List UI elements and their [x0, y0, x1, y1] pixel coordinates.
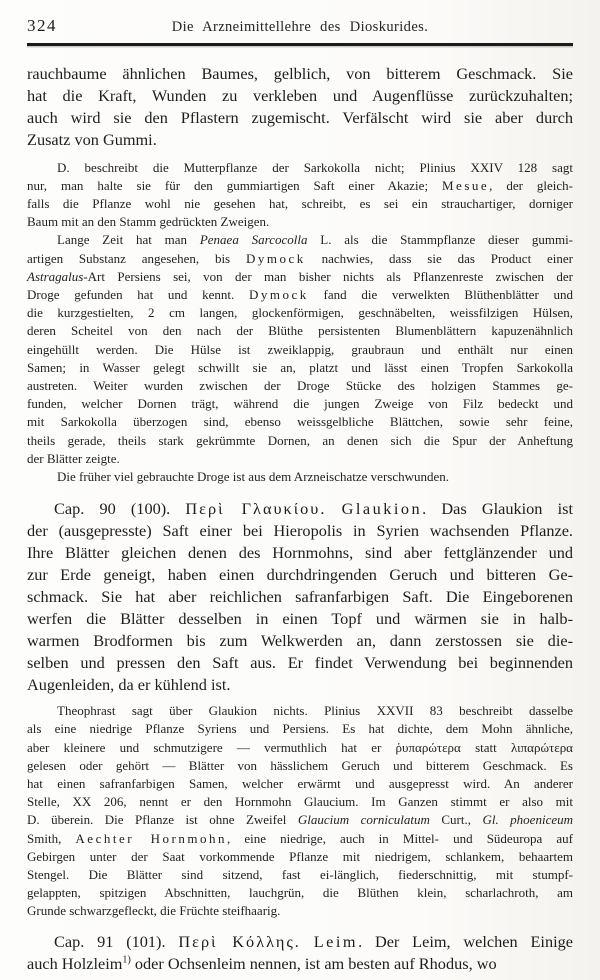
- text-line: als eine niedrige Pflanze Syriens und Pe…: [27, 720, 573, 738]
- text-segment: Curt.,: [430, 812, 483, 827]
- text-segment: nachwies, dass sie das Product einer: [306, 251, 573, 266]
- text-line: Cap. 91 (101). Περὶ Κόλλης. Leim. Der Le…: [27, 931, 573, 953]
- page-number: 324: [27, 16, 57, 36]
- text-segment: [326, 499, 341, 518]
- text-line: Samen; in Wasser gelegt schwillt sie an,…: [27, 359, 573, 377]
- text-segment: schmack. Sie hat aber reichlichen safran…: [27, 587, 573, 606]
- text-line: artigen Substanz angesehen, bis Dymock n…: [27, 250, 573, 268]
- text-line: Zusatz von Gummi.: [27, 129, 573, 151]
- text-segment: Zusatz von Gummi.: [27, 130, 157, 149]
- text-line: auch wird sie den Pflastern zugemischt. …: [27, 107, 573, 129]
- text-segment: fand die verwelkten Blüthenblätter und: [309, 287, 573, 302]
- text-segment: eingehüllt werden. Die Hülse ist zweikla…: [27, 342, 573, 357]
- text-line: deren Scheitel von den nach der Blüthe p…: [27, 322, 573, 340]
- header-rule: [27, 43, 573, 46]
- text-segment: austreten. Weiter wurden zwischen der Dr…: [27, 378, 573, 393]
- text-segment: mit Sarkokolla überzogen sind, ebenso we…: [27, 414, 573, 429]
- text-line: schmack. Sie hat aber reichlichen safran…: [27, 586, 573, 608]
- text-line: gelesen oder gehört — Blätter von hässli…: [27, 757, 573, 775]
- italic-text: Gl. phoeniceum: [482, 812, 573, 827]
- paragraph: Lange Zeit hat man Penaea Sarcocolla L. …: [27, 231, 573, 468]
- text-segment: gelesen oder gehört — Blätter von hässli…: [27, 758, 573, 773]
- text-segment: , eine niedrige, auch in Mittel- und Süd…: [227, 831, 573, 846]
- text-segment: hat die Kraft, Wunden zu verkleben und A…: [27, 86, 573, 105]
- text-segment: zur Erde geneigt, haben einen durchdring…: [27, 565, 573, 584]
- book-page: 324 Die Arzneimittellehre des Dioskuride…: [0, 0, 600, 980]
- text-line: die kurzgestielten, 2 cm langen, glocken…: [27, 304, 573, 322]
- spaced-text: Glaukion: [342, 499, 423, 518]
- text-line: eingehüllt werden. Die Hülse ist zweikla…: [27, 341, 573, 359]
- text-segment: . Der Leim, welchen Einige: [358, 932, 573, 951]
- text-segment: die kurzgestielten, 2 cm langen, glocken…: [27, 305, 573, 320]
- text-segment: als eine niedrige Pflanze Syriens und Pe…: [27, 721, 573, 736]
- paragraph: Die früher viel gebrauchte Droge ist aus…: [27, 468, 573, 486]
- text-segment: Smith,: [27, 831, 75, 846]
- text-line: hat einen safranfarbigen Samen, welcher …: [27, 775, 573, 793]
- text-line: auch Holzleim1) oder Ochsenleim nennen, …: [27, 953, 573, 975]
- greekspaced-text: Περὶ Γλαυκίου.: [185, 499, 326, 518]
- page-body: rauchbaume ähnlichen Baumes, gelblich, v…: [27, 63, 573, 975]
- text-line: funden, welcher Dornen trägt, während di…: [27, 395, 573, 413]
- text-line: Theophrast sagt über Glaukion nichts. Pl…: [27, 702, 573, 720]
- text-segment: werfen die Blätter desselben in einen To…: [27, 609, 573, 628]
- text-segment: falls die Pflanze wohl nie gesehen hat, …: [27, 196, 573, 211]
- text-line: gelappten, spitzigen Abschnitten, lauchg…: [27, 884, 573, 902]
- text-segment: auch wird sie den Pflastern zugemischt. …: [27, 108, 573, 127]
- text-segment: Stengel. Die Blätter sind sitzend, fast …: [27, 867, 573, 882]
- text-segment: warmen Brodformen bis zum Welkwerden an,…: [27, 631, 573, 650]
- text-segment: Stelle, XX 206, nennt er den Hornmohn Gl…: [27, 794, 573, 809]
- spaced-text: Aechter Hornmohn: [75, 831, 227, 846]
- paragraph: Cap. 91 (101). Περὶ Κόλλης. Leim. Der Le…: [27, 931, 573, 975]
- text-segment: oder Ochsenleim nennen, ist am besten au…: [131, 954, 497, 973]
- text-line: Droge gefunden hat und kennt. Dymock fan…: [27, 286, 573, 304]
- text-segment: funden, welcher Dornen trägt, während di…: [27, 396, 573, 411]
- paragraph: D. beschreibt die Mutterpflanze der Sark…: [27, 159, 573, 232]
- spaced-text: Leim: [314, 932, 358, 951]
- text-line: hat die Kraft, Wunden zu verkleben und A…: [27, 85, 573, 107]
- spaced-text: Mesue: [442, 178, 489, 193]
- text-segment: Augenleiden, da er kühlend ist.: [27, 675, 230, 694]
- text-segment: Grunde schwarzgefleckt, die Früchte stei…: [27, 903, 280, 918]
- text-segment: hat einen safranfarbigen Samen, welcher …: [27, 776, 573, 791]
- text-line: falls die Pflanze wohl nie gesehen hat, …: [27, 195, 573, 213]
- text-line: Grunde schwarzgefleckt, die Früchte stei…: [27, 902, 573, 920]
- text-segment: der Blätter zeigte.: [27, 451, 120, 466]
- text-segment: Droge gefunden hat und kennt.: [27, 287, 249, 302]
- text-segment: Theophrast sagt über Glaukion nichts. Pl…: [57, 703, 573, 718]
- text-segment: der (ausgepresste) Saft einer bei Hierop…: [27, 521, 573, 540]
- greekspaced-text: Περὶ Κόλλης.: [178, 932, 301, 951]
- paragraph: rauchbaume ähnlichen Baumes, gelblich, v…: [27, 63, 573, 151]
- text-line: theils gerade, theils stark gekrümmte Do…: [27, 432, 573, 450]
- text-line: mit Sarkokolla überzogen sind, ebenso we…: [27, 413, 573, 431]
- text-segment: Gebirgen unter der Saat vorkommende Pfla…: [27, 849, 573, 864]
- paragraph: Cap. 90 (100). Περὶ Γλαυκίου. Glaukion. …: [27, 498, 573, 696]
- text-line: Baum mit an den Stamm gedrückten Zweigen…: [27, 213, 573, 231]
- text-segment: -Art Persiens sei, von der man bisher ni…: [83, 269, 573, 284]
- text-line: Smith, Aechter Hornmohn, eine niedrige, …: [27, 830, 573, 848]
- text-line: Gebirgen unter der Saat vorkommende Pfla…: [27, 848, 573, 866]
- paragraph: Theophrast sagt über Glaukion nichts. Pl…: [27, 702, 573, 920]
- text-line: Cap. 90 (100). Περὶ Γλαυκίου. Glaukion. …: [27, 498, 573, 520]
- text-segment: Cap. 90 (100).: [54, 499, 185, 518]
- text-segment: , der gleich-: [489, 178, 573, 193]
- text-line: austreten. Weiter wurden zwischen der Dr…: [27, 377, 573, 395]
- spaced-text: Dymock: [246, 251, 306, 266]
- text-segment: Die früher viel gebrauchte Droge ist aus…: [57, 469, 449, 484]
- text-segment: [301, 932, 314, 951]
- text-segment: Cap. 91 (101).: [54, 932, 178, 951]
- sup-text: 1): [122, 954, 130, 965]
- text-segment: Ihre Blätter gleichen denen des Hornmohn…: [27, 543, 573, 562]
- text-segment: aber kleinere und schmutzigere — vermuth…: [27, 740, 573, 755]
- text-line: D. beschreibt die Mutterpflanze der Sark…: [27, 159, 573, 177]
- text-segment: auch Holzleim: [27, 954, 122, 973]
- text-line: der Blätter zeigte.: [27, 450, 573, 468]
- italic-text: Astragalus: [27, 269, 83, 284]
- text-line: Stengel. Die Blätter sind sitzend, fast …: [27, 866, 573, 884]
- italic-text: Glaucium corniculatum: [298, 812, 430, 827]
- text-segment: rauchbaume ähnlichen Baumes, gelblich, v…: [27, 64, 573, 83]
- text-line: Die früher viel gebrauchte Droge ist aus…: [27, 468, 573, 486]
- text-line: rauchbaume ähnlichen Baumes, gelblich, v…: [27, 63, 573, 85]
- text-segment: D. beschreibt die Mutterpflanze der Sark…: [57, 160, 573, 175]
- running-title: Die Arzneimittellehre des Dioskurides.: [27, 13, 573, 36]
- text-line: selben und pressen den Saft aus. Er find…: [27, 652, 573, 674]
- text-line: nur, man halte sie für den gummiartigen …: [27, 177, 573, 195]
- text-segment: . Das Glaukion ist: [422, 499, 573, 518]
- text-line: Lange Zeit hat man Penaea Sarcocolla L. …: [27, 231, 573, 249]
- text-segment: L. als die Stammpflanze dieser gummi-: [307, 232, 573, 247]
- italic-text: Penaea Sarcocolla: [200, 232, 308, 247]
- text-line: warmen Brodformen bis zum Welkwerden an,…: [27, 630, 573, 652]
- text-segment: D. überein. Die Pflanze ist ohne Zweifel: [27, 812, 298, 827]
- text-segment: theils gerade, theils stark gekrümmte Do…: [27, 433, 573, 448]
- text-segment: deren Scheitel von den nach der Blüthe p…: [27, 323, 573, 338]
- spaced-text: Dymock: [249, 287, 309, 302]
- text-segment: Lange Zeit hat man: [57, 232, 200, 247]
- text-segment: Samen; in Wasser gelegt schwillt sie an,…: [27, 360, 573, 375]
- text-segment: Baum mit an den Stamm gedrückten Zweigen…: [27, 214, 269, 229]
- text-line: Ihre Blätter gleichen denen des Hornmohn…: [27, 542, 573, 564]
- text-line: Astragalus-Art Persiens sei, von der man…: [27, 268, 573, 286]
- text-segment: selben und pressen den Saft aus. Er find…: [27, 653, 573, 672]
- text-line: D. überein. Die Pflanze ist ohne Zweifel…: [27, 811, 573, 829]
- page-header: 324 Die Arzneimittellehre des Dioskuride…: [27, 13, 573, 39]
- text-line: Stelle, XX 206, nennt er den Hornmohn Gl…: [27, 793, 573, 811]
- text-segment: artigen Substanz angesehen, bis: [27, 251, 246, 266]
- text-line: werfen die Blätter desselben in einen To…: [27, 608, 573, 630]
- text-segment: gelappten, spitzigen Abschnitten, lauchg…: [27, 885, 573, 900]
- text-line: zur Erde geneigt, haben einen durchdring…: [27, 564, 573, 586]
- text-segment: nur, man halte sie für den gummiartigen …: [27, 178, 442, 193]
- text-line: Augenleiden, da er kühlend ist.: [27, 674, 573, 696]
- text-line: aber kleinere und schmutzigere — vermuth…: [27, 739, 573, 757]
- text-line: der (ausgepresste) Saft einer bei Hierop…: [27, 520, 573, 542]
